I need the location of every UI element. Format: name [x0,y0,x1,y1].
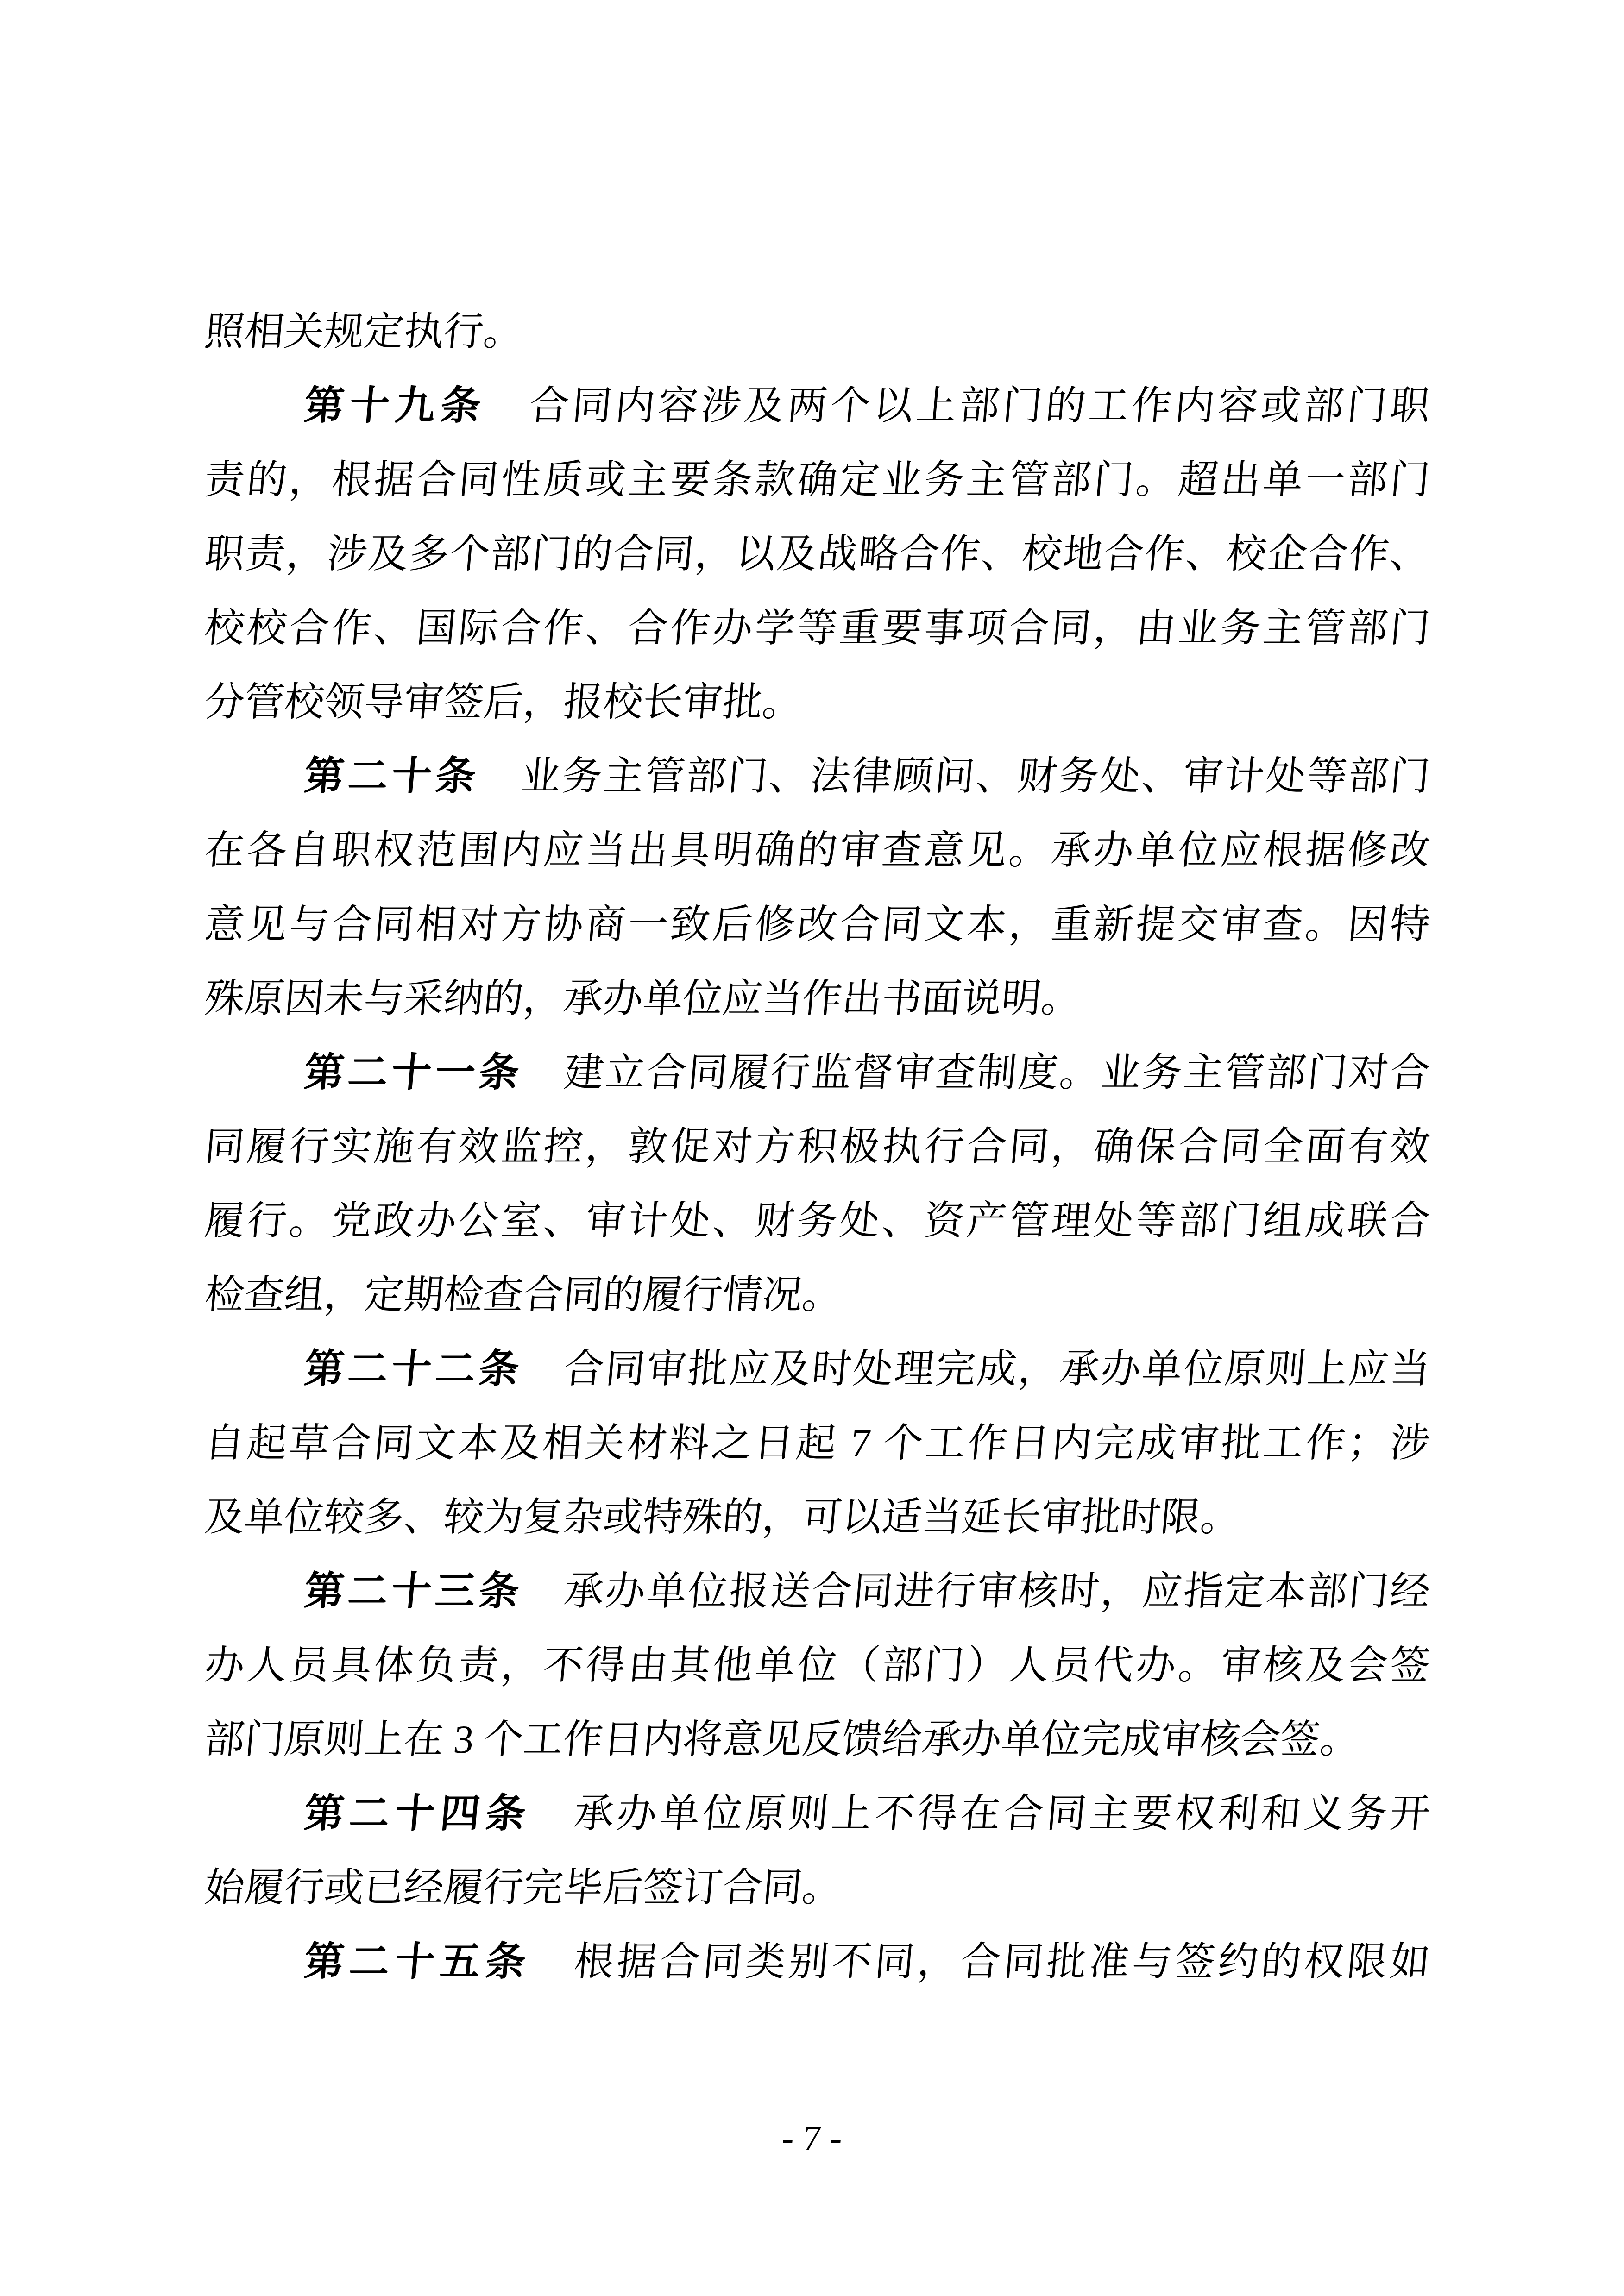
article-heading: 第二十二条 [302,1347,525,1391]
line-text: 部门原则上在 3 个工作日内将意见反馈给承办单位完成审核会签。 [203,1717,1362,1762]
text-line: 第二十五条 根据合同类别不同，合同批准与签约的权限如 [201,1925,1433,1999]
text-line: 检查组，定期检查合同的履行情况。 [201,1258,1433,1332]
text-line: 第二十二条 合同审批应及时处理完成，承办单位原则上应当 [201,1332,1433,1406]
page-number: - 7 - [0,2117,1624,2159]
text-line: 部门原则上在 3 个工作日内将意见反馈给承办单位完成审核会签。 [201,1702,1433,1776]
line-text: 责的，根据合同性质或主要条款确定业务主管部门。超出单一部门 [203,458,1432,502]
text-line: 校校合作、国际合作、合作办学等重要事项合同，由业务主管部门 [201,591,1433,665]
article-heading: 第二十三条 [302,1569,525,1613]
text-line: 第十九条 合同内容涉及两个以上部门的工作内容或部门职 [201,369,1433,443]
document-body: 照相关规定执行。 第十九条 合同内容涉及两个以上部门的工作内容或部门职 责的，根… [201,295,1427,1999]
article-heading: 第二十四条 [302,1791,533,1836]
text-line: 第二十条 业务主管部门、法律顾问、财务处、审计处等部门 [201,739,1433,813]
article-heading: 第二十一条 [302,1050,525,1095]
text-line: 及单位较多、较为复杂或特殊的，可以适当延长审批时限。 [201,1480,1433,1554]
text-line: 责的，根据合同性质或主要条款确定业务主管部门。超出单一部门 [201,443,1433,517]
text-line: 职责，涉及多个部门的合同，以及战略合作、校地合作、校企合作、 [201,517,1433,591]
line-text: 检查组，定期检查合同的履行情况。 [203,1273,844,1317]
line-text: 承办单位报送合同进行审核时，应指定本部门经 [521,1569,1432,1613]
line-text: 承办单位原则上不得在合同主要权利和义务开 [529,1791,1432,1836]
line-text: 根据合同类别不同，合同批准与签约的权限如 [529,1939,1432,1984]
text-line: 履行。党政办公室、审计处、财务处、资产管理处等部门组成联合 [201,1184,1433,1258]
line-text: 自起草合同文本及相关材料之日起 7 个工作日内完成审批工作；涉 [203,1421,1432,1465]
line-text: 在各自职权范围内应当出具明确的审查意见。承办单位应根据修改 [203,828,1432,872]
line-text: 分管校领导审签后，报校长审批。 [203,680,804,724]
line-text: 及单位较多、较为复杂或特殊的，可以适当延长审批时限。 [203,1495,1242,1539]
text-line: 第二十一条 建立合同履行监督审查制度。业务主管部门对合 [201,1035,1433,1110]
text-line: 殊原因未与采纳的，承办单位应当作出书面说明。 [201,961,1433,1035]
text-line: 照相关规定执行。 [201,295,1433,369]
article-heading: 第二十五条 [302,1939,533,1984]
line-text: 职责，涉及多个部门的合同，以及战略合作、校地合作、校企合作、 [203,532,1432,576]
line-text: 履行。党政办公室、审计处、财务处、资产管理处等部门组成联合 [203,1198,1432,1243]
document-page: 照相关规定执行。 第十九条 合同内容涉及两个以上部门的工作内容或部门职 责的，根… [0,0,1624,2296]
text-line: 在各自职权范围内应当出具明确的审查意见。承办单位应根据修改 [201,813,1433,887]
text-line: 自起草合同文本及相关材料之日起 7 个工作日内完成审批工作；涉 [201,1406,1433,1480]
line-text: 合同内容涉及两个以上部门的工作内容或部门职 [484,383,1432,428]
line-text: 照相关规定执行。 [203,309,525,354]
article-heading: 第二十条 [302,754,481,798]
line-text: 办人员具体负责，不得由其他单位（部门）人员代办。审核及会签 [203,1643,1432,1687]
text-line: 始履行或已经履行完毕后签订合同。 [201,1851,1433,1925]
text-line: 同履行实施有效监控，敦促对方积极执行合同，确保合同全面有效 [201,1110,1433,1184]
line-text: 合同审批应及时处理完成，承办单位原则上应当 [521,1347,1432,1391]
line-text: 校校合作、国际合作、合作办学等重要事项合同，由业务主管部门 [203,606,1432,650]
text-line: 分管校领导审签后，报校长审批。 [201,665,1433,739]
text-line: 办人员具体负责，不得由其他单位（部门）人员代办。审核及会签 [201,1628,1433,1702]
article-heading: 第十九条 [302,383,488,428]
line-text: 业务主管部门、法律顾问、财务处、审计处等部门 [478,754,1432,798]
line-text: 建立合同履行监督审查制度。业务主管部门对合 [521,1050,1432,1095]
line-text: 意见与合同相对方协商一致后修改合同文本，重新提交审查。因特 [203,902,1432,947]
line-text: 始履行或已经履行完毕后签订合同。 [203,1865,844,1910]
text-line: 第二十三条 承办单位报送合同进行审核时，应指定本部门经 [201,1554,1433,1628]
line-text: 同履行实施有效监控，敦促对方积极执行合同，确保合同全面有效 [203,1124,1432,1169]
text-line: 第二十四条 承办单位原则上不得在合同主要权利和义务开 [201,1776,1433,1851]
line-text: 殊原因未与采纳的，承办单位应当作出书面说明。 [203,976,1083,1021]
text-line: 意见与合同相对方协商一致后修改合同文本，重新提交审查。因特 [201,887,1433,961]
